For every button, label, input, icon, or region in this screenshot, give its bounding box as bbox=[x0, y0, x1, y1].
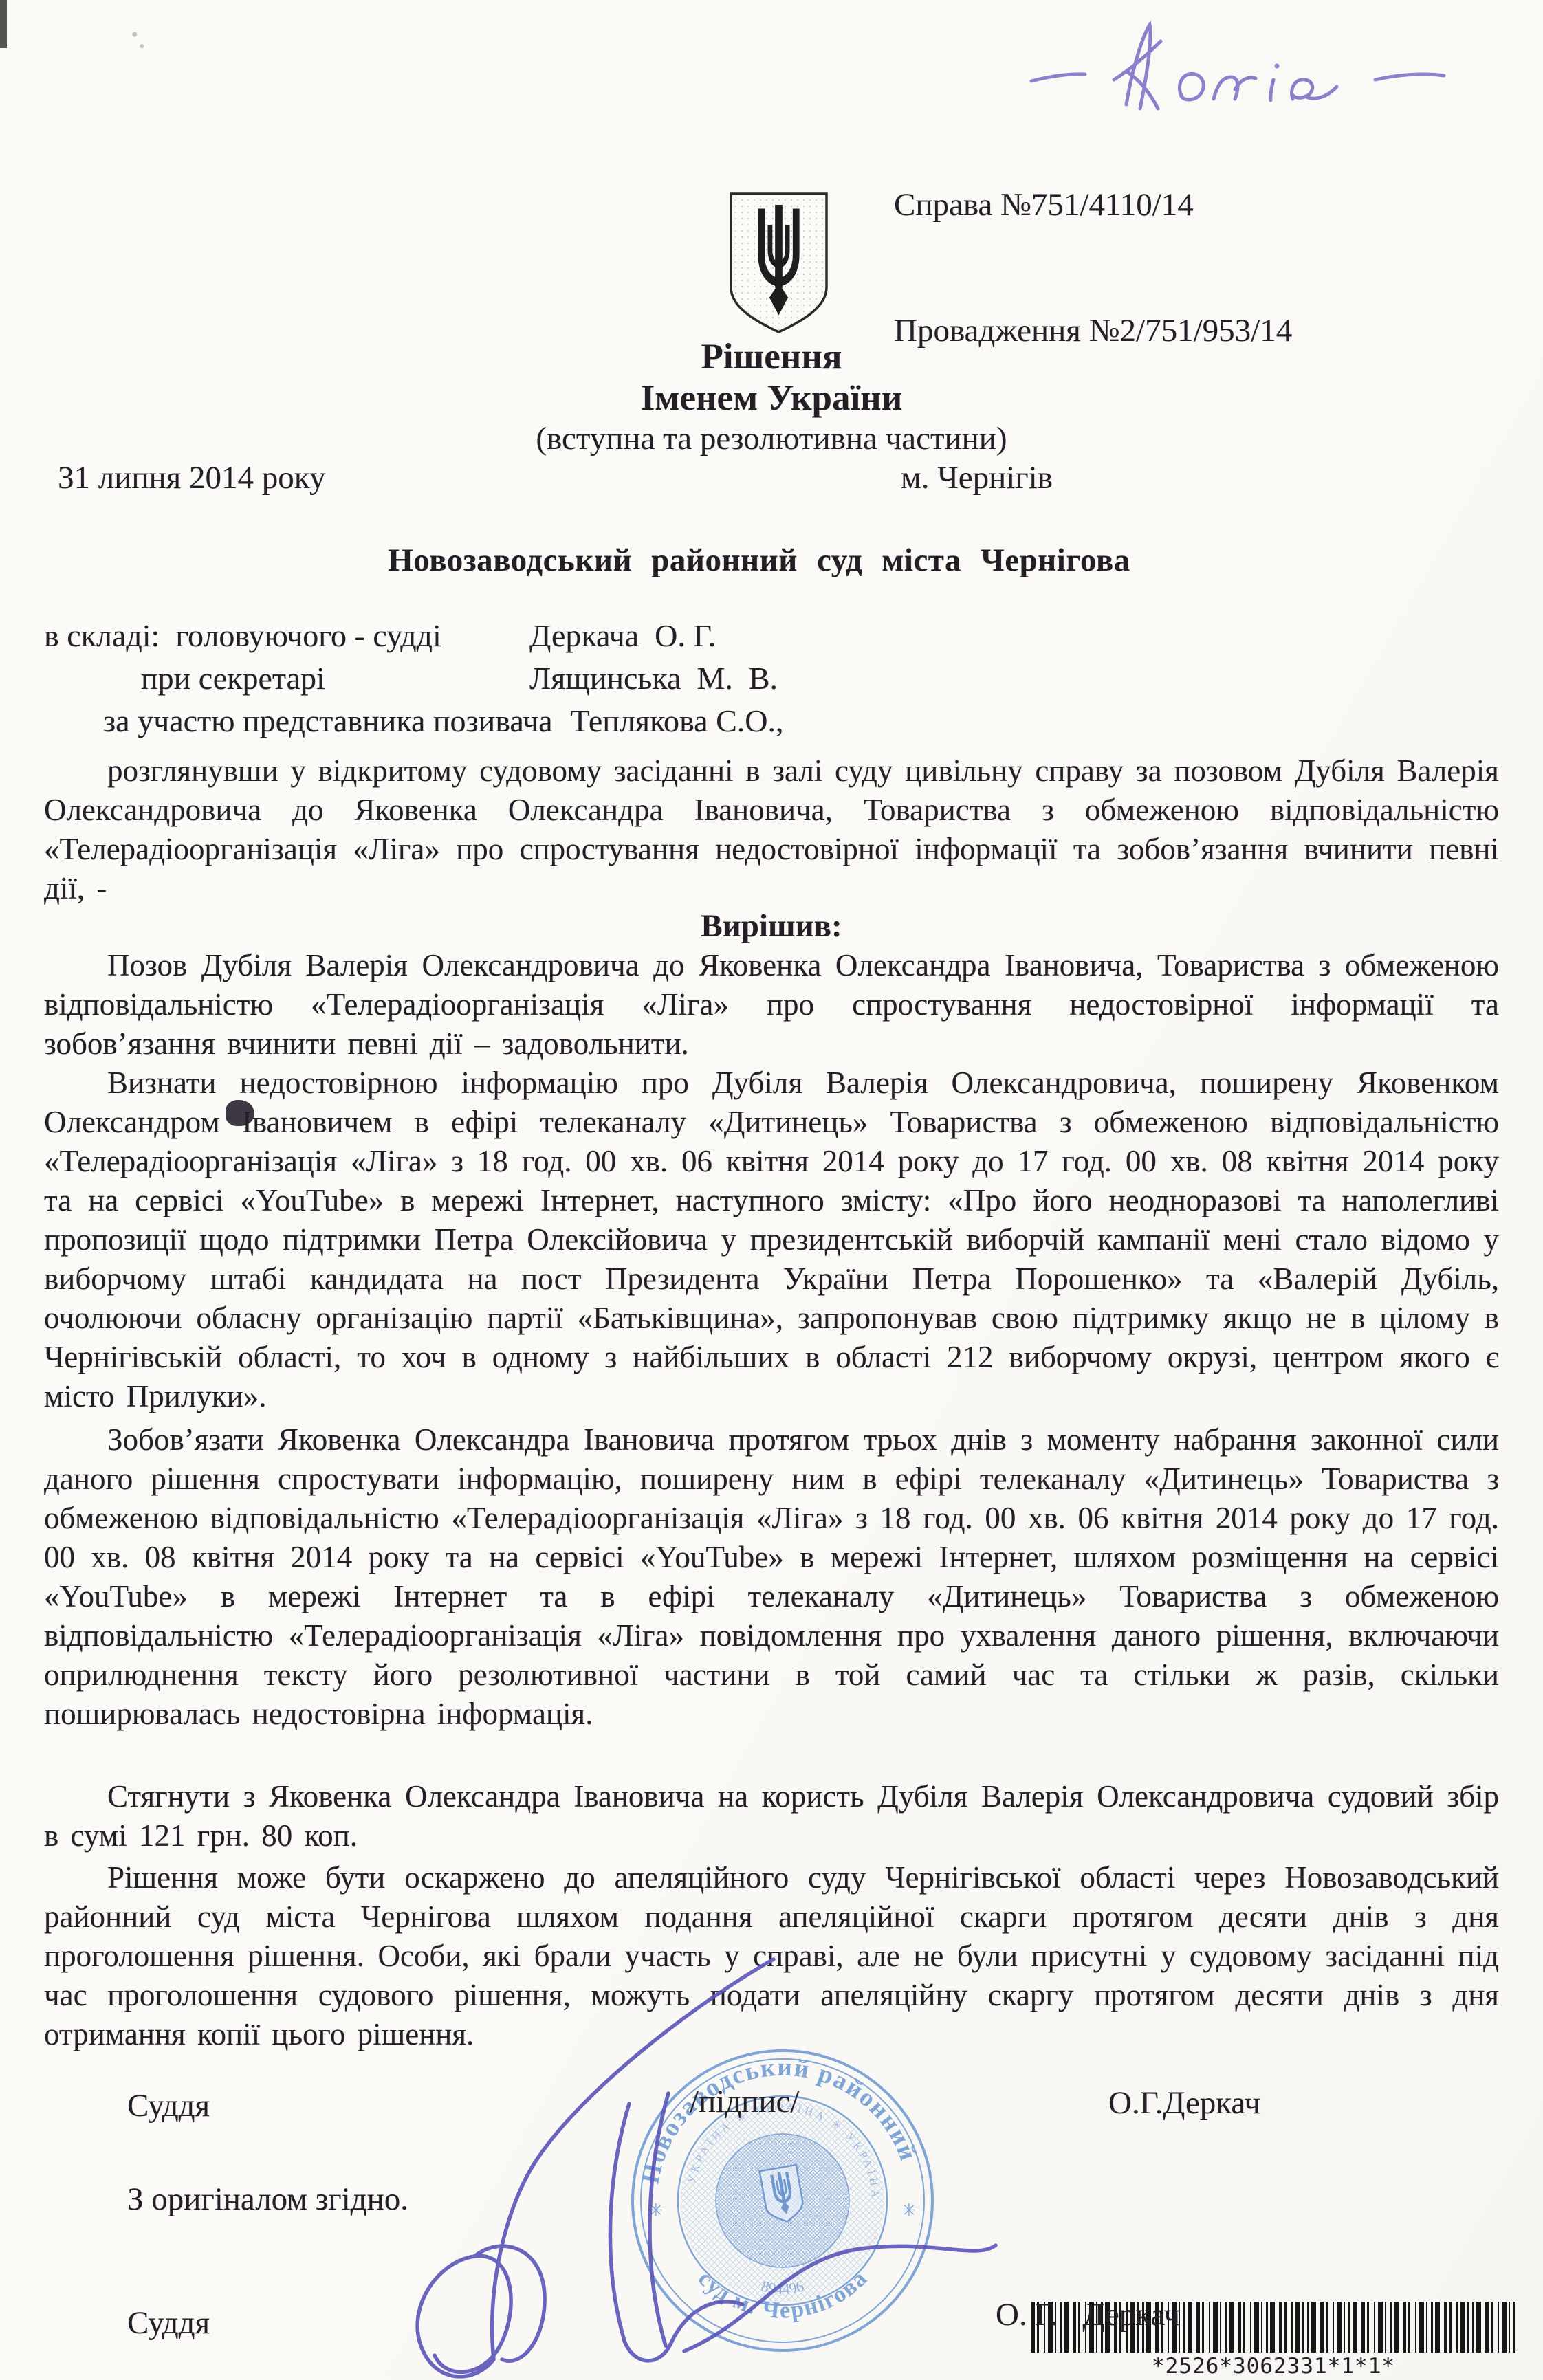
barcode-number: *2526*3062331*1*1* bbox=[1031, 2354, 1515, 2379]
composition-name: Деркача О. Г. bbox=[529, 617, 716, 654]
certified-copy-note: З оригіналом згідно. bbox=[127, 2181, 408, 2218]
judge-label: Суддя bbox=[127, 2087, 210, 2124]
composition-name: Лящинська М. В. bbox=[529, 660, 778, 696]
case-number: Справа №751/4110/14 bbox=[894, 184, 1292, 226]
court-name: Новозаводський районний суд міста Черніг… bbox=[0, 542, 1518, 579]
document-title-authority: Іменем України bbox=[0, 377, 1543, 419]
decision-heading: Вирішив: bbox=[0, 907, 1543, 945]
decision-paragraph-3: Зобов’язати Яковенка Олександра Іванович… bbox=[44, 1420, 1499, 1734]
coat-of-arms-icon bbox=[727, 191, 831, 335]
decision-date: 31 липня 2014 року bbox=[58, 459, 325, 496]
judge-signature bbox=[371, 1939, 1031, 2380]
decision-city: м. Чернігів bbox=[901, 459, 1053, 496]
document-title-parts: (вступна та резолютивна частини) bbox=[0, 420, 1543, 457]
decision-paragraph-2: Визнати недостовірною інформацію про Дуб… bbox=[44, 1064, 1499, 1416]
scan-edge-artifact bbox=[0, 0, 7, 48]
decision-paragraph-1: Позов Дубіля Валерія Олександровича до Я… bbox=[44, 946, 1499, 1064]
judge-label-2: Суддя bbox=[127, 2304, 210, 2342]
judge-name: О.Г.Деркач bbox=[1108, 2084, 1260, 2122]
decision-paragraph-4: Стягнути з Яковенка Олександра Івановича… bbox=[44, 1777, 1499, 1855]
composition-role: в складі: головуючого - судді bbox=[44, 617, 529, 654]
composition-role: при секретарі bbox=[141, 660, 529, 696]
composition-row-representative: за участю представника позивача Тепляков… bbox=[103, 703, 783, 739]
scanned-court-decision-page: Справа №751/4110/14 Провадження №2/751/9… bbox=[0, 0, 1543, 2380]
scan-smudge bbox=[129, 27, 147, 51]
intro-paragraph: розглянувши у відкритому судовому засіда… bbox=[44, 751, 1499, 908]
composition-role: за участю представника позивача bbox=[103, 703, 553, 739]
composition-row-secretary: при секретарі Лящинська М. В. bbox=[141, 660, 778, 696]
composition-row-judge: в складі: головуючого - судді Деркача О.… bbox=[44, 617, 716, 654]
document-title: Рішення bbox=[0, 336, 1543, 377]
composition-name: Теплякова С.О., bbox=[571, 703, 784, 739]
